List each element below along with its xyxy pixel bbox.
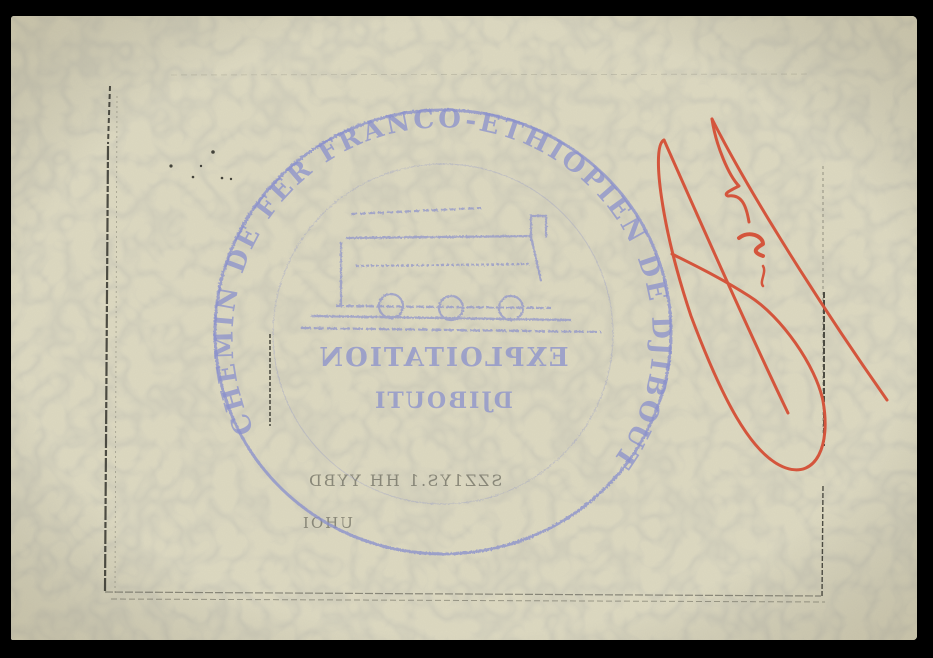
red-signature [11, 16, 917, 640]
banknote-reverse: SZZ1YS.1 HH YYBD UHOI [11, 16, 917, 640]
